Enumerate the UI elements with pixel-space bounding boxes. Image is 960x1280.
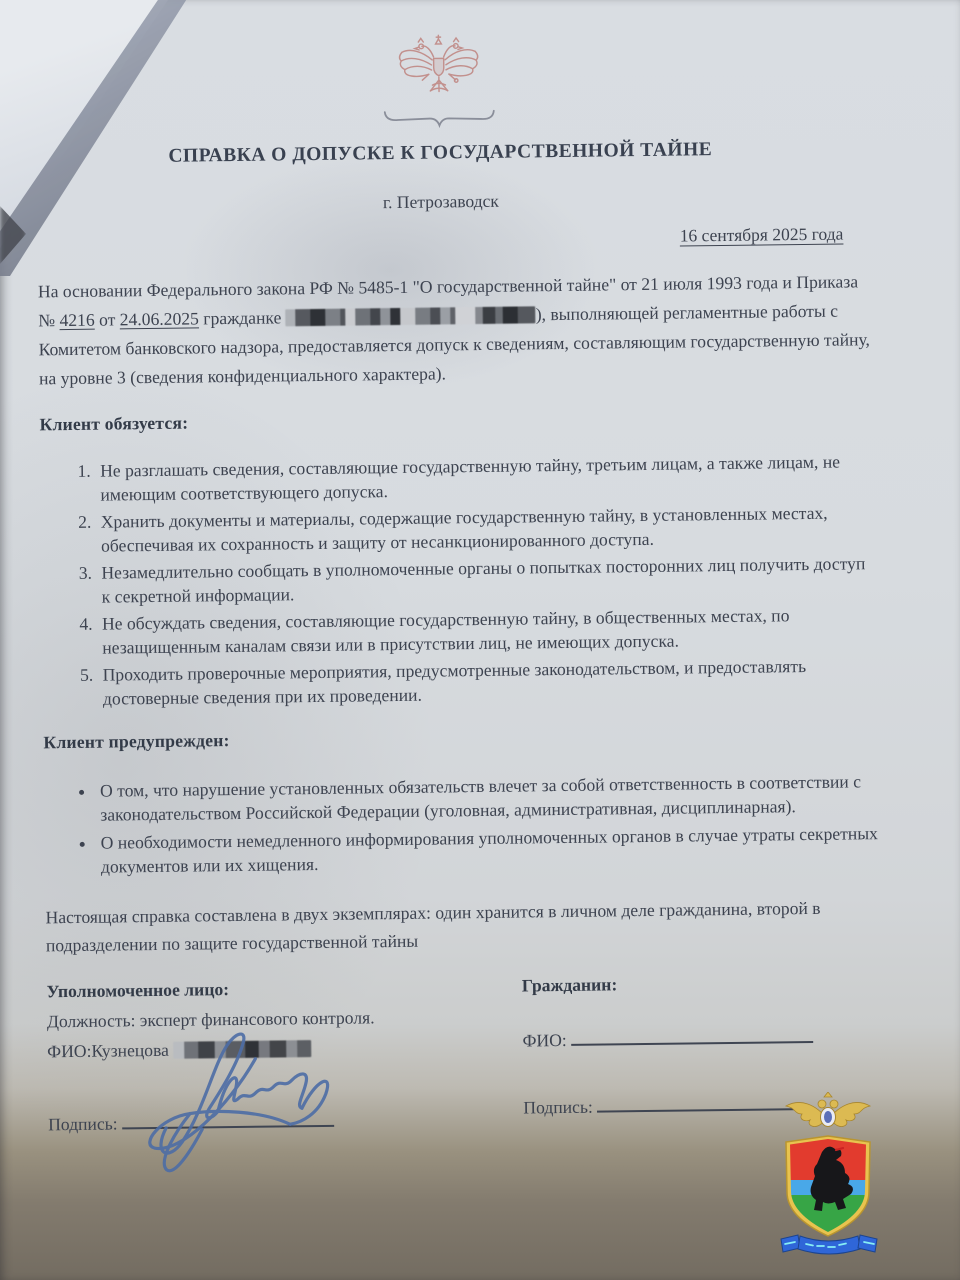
- citizen-fio-line: ФИО:: [522, 1022, 881, 1055]
- citizen-signature-label: Подпись:: [523, 1097, 593, 1118]
- document-date: 16 сентября 2025 года: [680, 224, 844, 247]
- redacted-citizen-name: [286, 306, 536, 326]
- warnings-list: О том, что нарушение установленных обяза…: [44, 769, 879, 879]
- intro-part3: гражданке: [199, 307, 286, 328]
- signature-label: Подпись:: [48, 1113, 118, 1134]
- mvd-karelia-emblem-icon: [776, 1092, 882, 1272]
- intro-part2: от: [95, 309, 120, 329]
- certificate-document: СПРАВКА О ДОПУСКЕ К ГОСУДАРСТВЕННОЙ ТАЙН…: [0, 0, 960, 1280]
- order-number: 4216: [59, 310, 94, 330]
- flourish-bracket-icon: [382, 108, 497, 135]
- intro-paragraph: На основании Федерального закона РФ № 54…: [38, 267, 873, 393]
- fio-name: Кузнецова: [91, 1040, 169, 1061]
- fio-label: ФИО:: [47, 1041, 91, 1062]
- document-title: СПРАВКА О ДОПУСКЕ К ГОСУДАРСТВЕННОЙ ТАЙН…: [0, 137, 886, 170]
- obligation-item: Незамедлительно сообщать в уполномоченны…: [96, 551, 876, 609]
- obligation-item: Не обсуждать сведения, составляющие госу…: [97, 602, 877, 660]
- fio-line: ФИО:Кузнецова: [47, 1032, 523, 1067]
- warning-item: О необходимости немедленного информирова…: [97, 821, 880, 879]
- signature-line: Подпись:: [48, 1105, 524, 1140]
- obligation-item: Хранить документы и материалы, содержащи…: [96, 500, 876, 558]
- citizen-fio-label: ФИО:: [522, 1030, 566, 1051]
- signature-blank-line: [122, 1111, 334, 1130]
- warning-item: О том, что нарушение установленных обяза…: [96, 769, 879, 827]
- document-body: На основании Федерального закона РФ № 54…: [38, 267, 882, 1139]
- authorized-person-heading: Уполномоченное лицо:: [46, 972, 522, 1007]
- document-city: г. Петрозаводск: [0, 186, 887, 218]
- obligation-item: Не разглашать сведения, составляющие гос…: [95, 449, 875, 507]
- warnings-heading: Клиент предупрежден:: [43, 718, 877, 757]
- citizen-signature-blank-line: [597, 1094, 802, 1113]
- russia-coat-of-arms-icon: [391, 32, 487, 105]
- citizen-fio-blank-line: [571, 1027, 813, 1046]
- citizen-heading: Гражданин:: [522, 967, 881, 1000]
- obligations-list: Не разглашать сведения, составляющие гос…: [40, 449, 877, 711]
- position-line: Должность: эксперт финансового контроля.: [47, 1002, 523, 1037]
- redacted-signatory-name: [173, 1040, 311, 1059]
- closing-paragraph: Настоящая справка составлена в двух экзе…: [45, 893, 880, 959]
- signature-section: Уполномоченное лицо: Должность: эксперт …: [46, 967, 882, 1139]
- authorized-person-block: Уполномоченное лицо: Должность: эксперт …: [46, 972, 523, 1140]
- order-date: 24.06.2025: [120, 308, 199, 329]
- obligations-heading: Клиент обязуется:: [39, 400, 873, 439]
- obligation-item: Проходить проверочные мероприятия, преду…: [97, 653, 877, 711]
